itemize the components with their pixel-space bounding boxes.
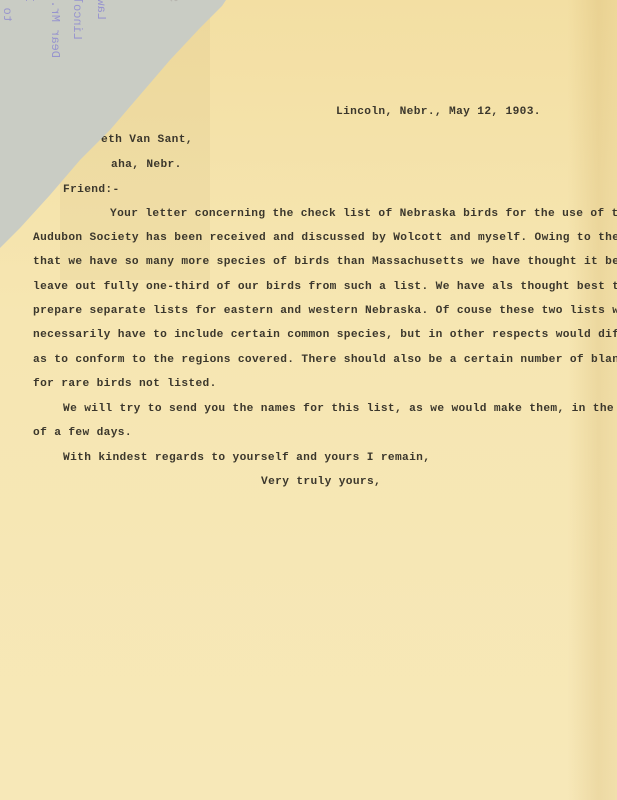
recipient-address: aha, Nebr.: [111, 159, 182, 171]
closing-line: With kindest regards to yourself and you…: [63, 452, 430, 464]
overlay-line-3: Dear Mr. Bruner:: [48, 0, 62, 58]
body-line-1: Your letter concerning the check list of…: [110, 208, 617, 220]
body-line-2: Audubon Society has been received and di…: [33, 232, 617, 244]
body-line-7: as to conform to the regions covered. Th…: [33, 354, 617, 366]
recipient-name: eth Van Sant,: [101, 134, 193, 146]
body-line-4: leave out fully one-third of our birds f…: [33, 281, 617, 293]
overlay-line-5: to you in regard to: [0, 0, 14, 22]
overlay-top-fragment: SANT 10: [166, 0, 180, 2]
paragraph2-line-1: We will try to send you the names for th…: [63, 403, 617, 415]
dateline: Lincoln, Nebr., May 12, 1903.: [336, 106, 541, 118]
body-line-5: prepare separate lists for eastern and w…: [33, 305, 617, 317]
body-line-6: necessarily have to include certain comm…: [33, 329, 617, 341]
body-line-8: for rare birds not listed.: [33, 378, 217, 390]
salutation: Friend:-: [63, 184, 120, 196]
overlay-line-4: I have been requested: [22, 0, 36, 2]
body-line-3: that we have so many more species of bir…: [33, 256, 617, 268]
paragraph2-line-2: of a few days.: [33, 427, 132, 439]
overlay-line-1: Lawrence Bruner,: [94, 0, 108, 20]
overlay-line-2: Lincoln, Nebr.: [70, 0, 84, 40]
valediction: Very truly yours,: [261, 476, 381, 488]
